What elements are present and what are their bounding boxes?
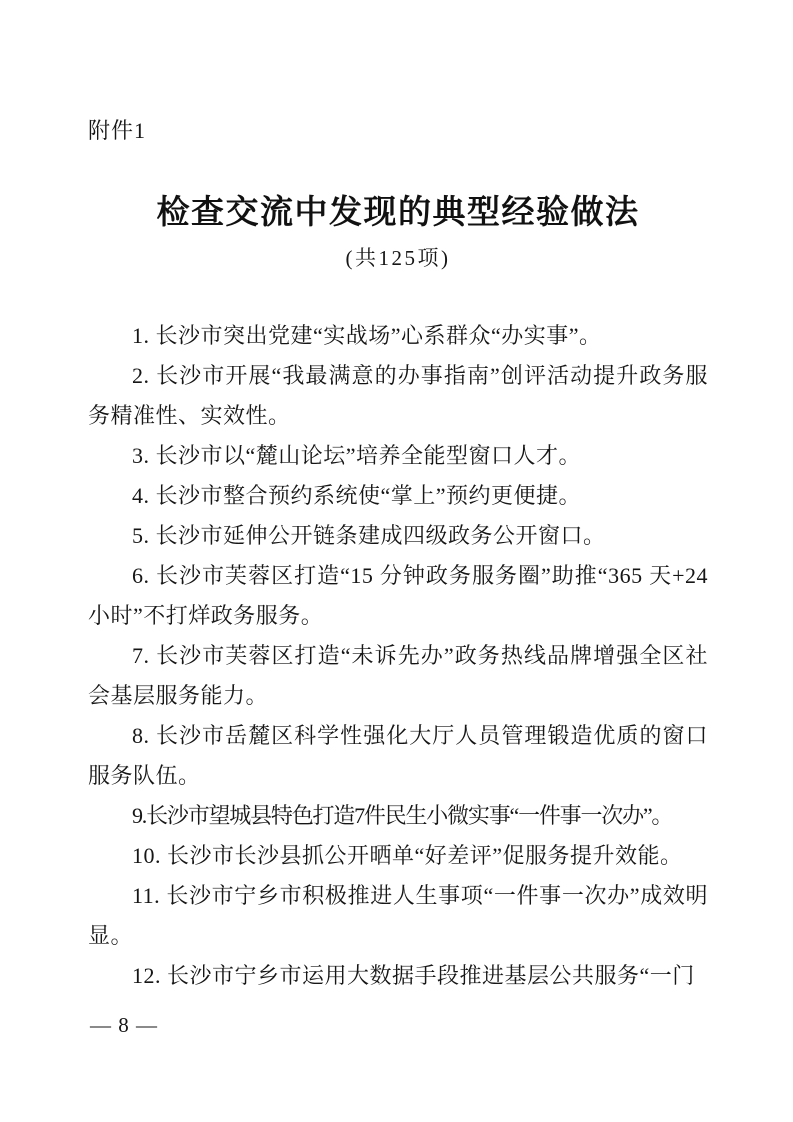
list-item: 7. 长沙市芙蓉区打造“未诉先办”政务热线品牌增强全区社会基层服务能力。 xyxy=(88,636,708,716)
list-item: 10. 长沙市长沙县抓公开晒单“好差评”促服务提升效能。 xyxy=(88,836,708,876)
list-item: 9.长沙市望城县特色打造7件民生小微实事“一件事一次办”。 xyxy=(88,796,708,836)
document-title: 检查交流中发现的典型经验做法 xyxy=(88,190,708,236)
list-item: 2. 长沙市开展“我最满意的办事指南”创评活动提升政务服务精准性、实效性。 xyxy=(88,356,708,436)
document-page: 附件1 检查交流中发现的典型经验做法 (共125项) 1. 长沙市突出党建“实战… xyxy=(0,0,793,1122)
list-item: 5. 长沙市延伸公开链条建成四级政务公开窗口。 xyxy=(88,516,708,556)
experience-list: 1. 长沙市突出党建“实战场”心系群众“办实事”。2. 长沙市开展“我最满意的办… xyxy=(88,316,708,996)
list-item: 1. 长沙市突出党建“实战场”心系群众“办实事”。 xyxy=(88,316,708,356)
list-item: 4. 长沙市整合预约系统使“掌上”预约更便捷。 xyxy=(88,476,708,516)
list-item: 3. 长沙市以“麓山论坛”培养全能型窗口人才。 xyxy=(88,436,708,476)
document-subtitle: (共125项) xyxy=(88,244,708,272)
list-item: 6. 长沙市芙蓉区打造“15 分钟政务服务圈”助推“365 天+24 小时”不打… xyxy=(88,556,708,636)
list-item: 12. 长沙市宁乡市运用大数据手段推进基层公共服务“一门 xyxy=(88,956,708,996)
attachment-label: 附件1 xyxy=(88,0,708,144)
page-number: — 8 — xyxy=(90,1012,158,1038)
list-item: 11. 长沙市宁乡市积极推进人生事项“一件事一次办”成效明显。 xyxy=(88,876,708,956)
list-item: 8. 长沙市岳麓区科学性强化大厅人员管理锻造优质的窗口服务队伍。 xyxy=(88,716,708,796)
